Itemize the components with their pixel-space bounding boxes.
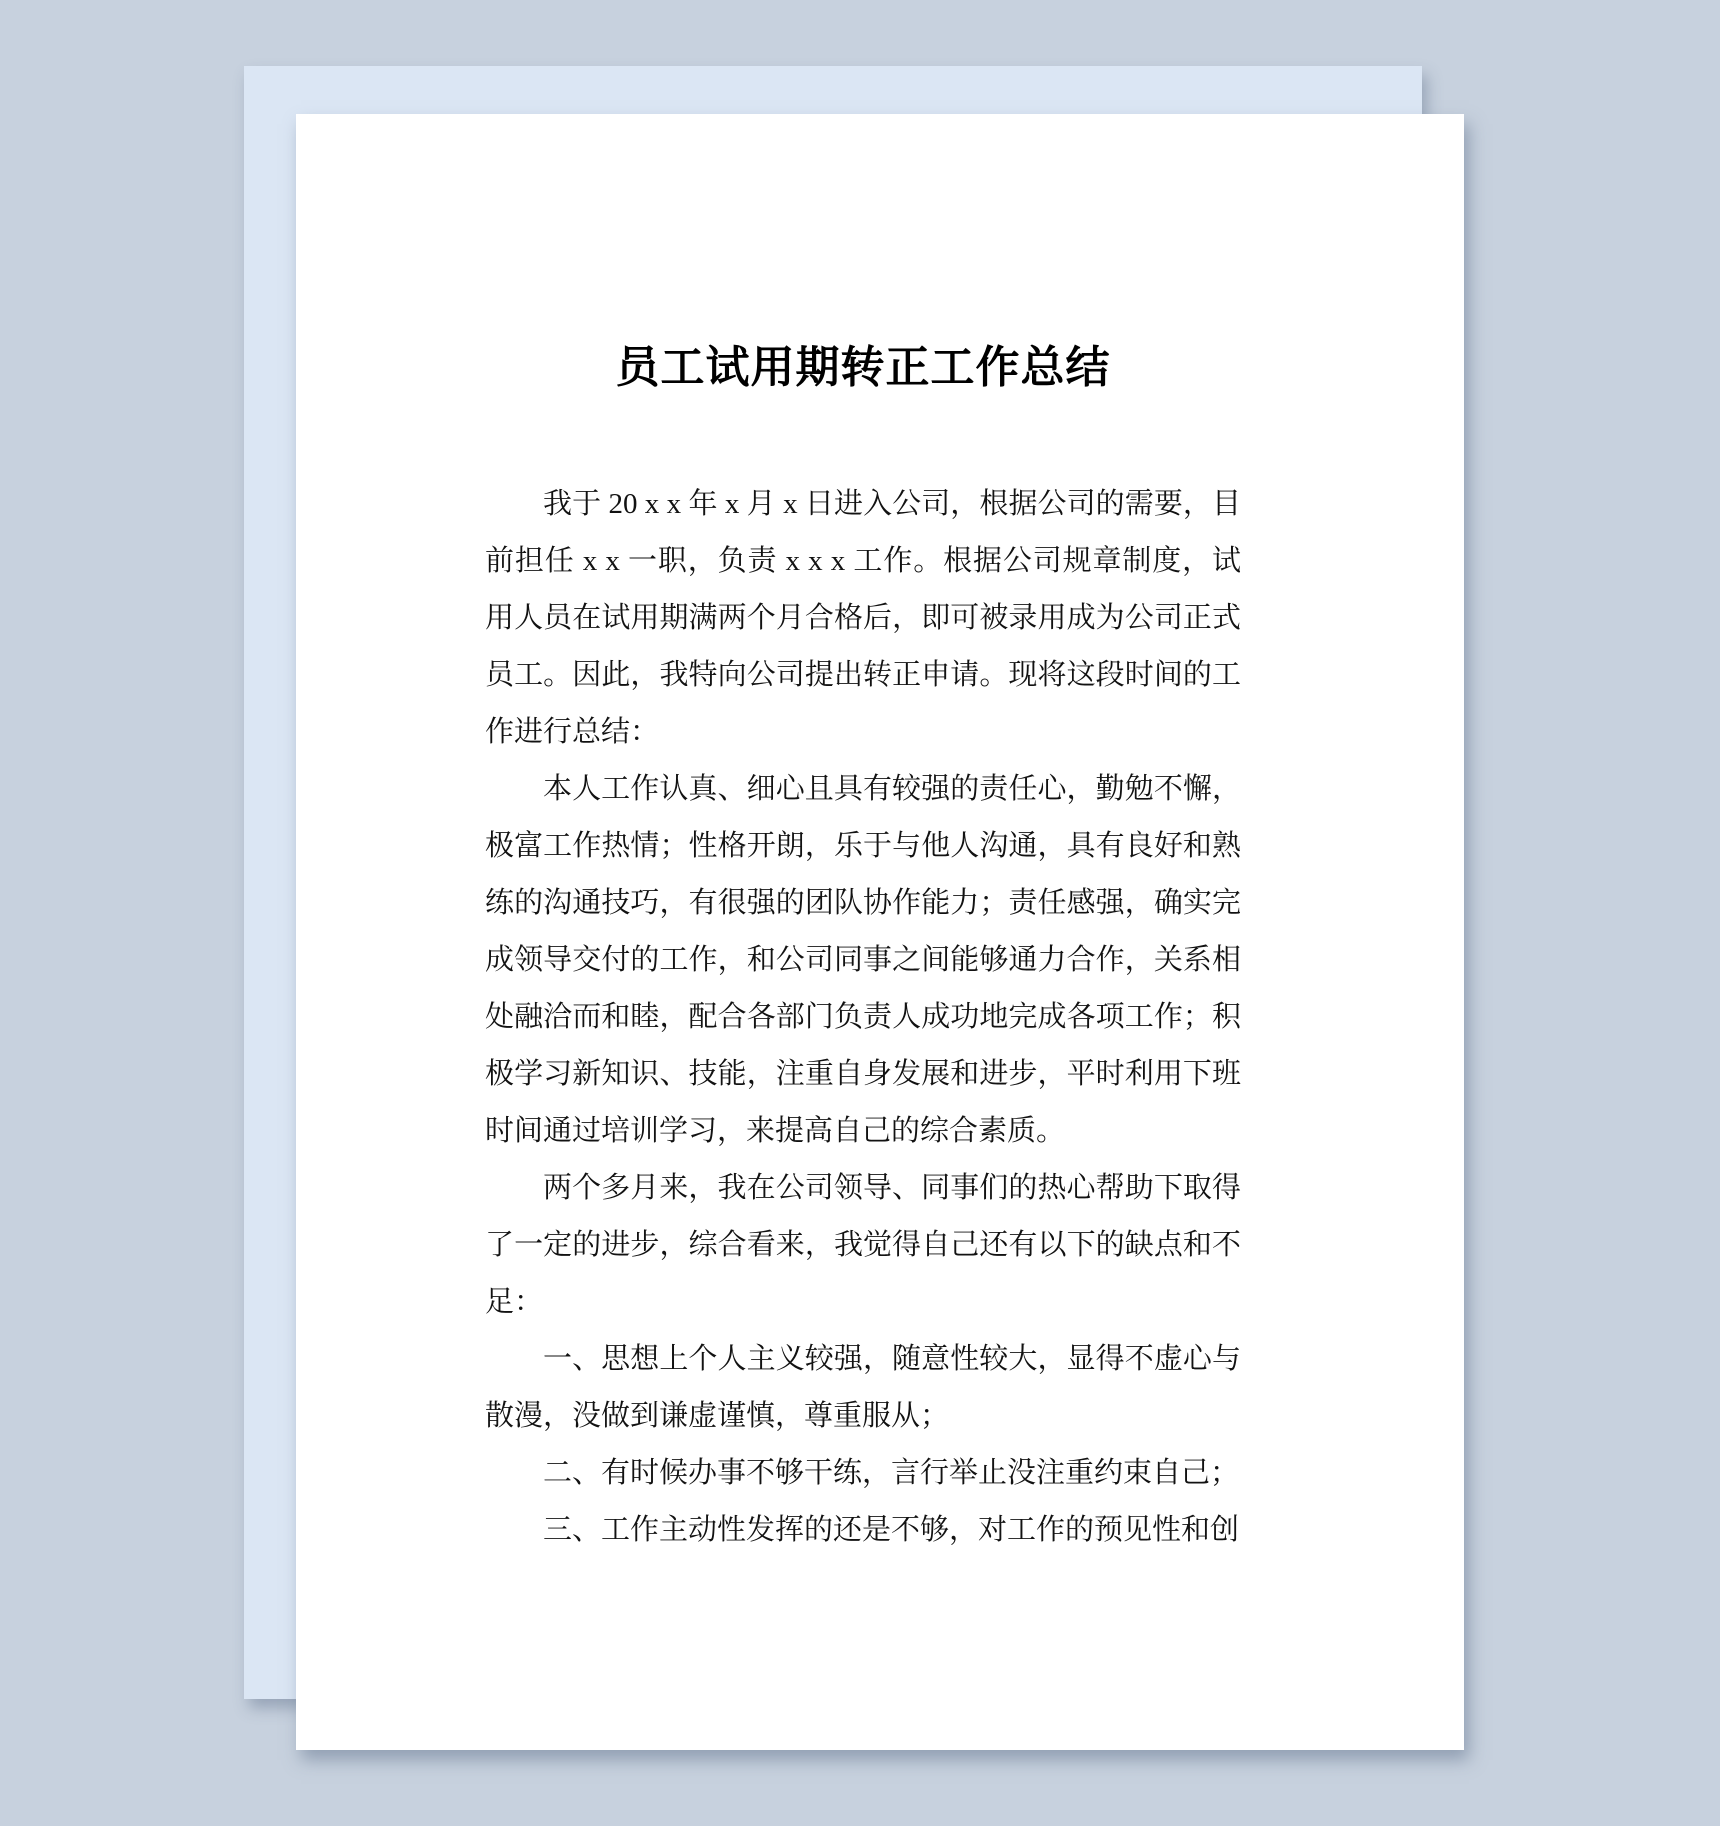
document-title: 员工试用期转正工作总结 (485, 342, 1241, 394)
paragraph: 本人工作认真、细心且具有较强的责任心，勤勉不懈，极富工作热情；性格开朗，乐于与他… (485, 761, 1241, 1160)
document-body: 我于 20 x x 年 x 月 x 日进入公司，根据公司的需要，目前担任 x x… (485, 476, 1241, 1559)
page-content: 员工试用期转正工作总结 我于 20 x x 年 x 月 x 日进入公司，根据公司… (485, 342, 1241, 1559)
document-page: 员工试用期转正工作总结 我于 20 x x 年 x 月 x 日进入公司，根据公司… (296, 114, 1464, 1750)
paragraph: 三、工作主动性发挥的还是不够，对工作的预见性和创 (485, 1502, 1241, 1559)
paragraph: 我于 20 x x 年 x 月 x 日进入公司，根据公司的需要，目前担任 x x… (485, 476, 1241, 761)
document-preview: 员工试用期转正工作总结 我于 20 x x 年 x 月 x 日进入公司，根据公司… (0, 0, 1720, 1826)
paragraph: 两个多月来，我在公司领导、同事们的热心帮助下取得了一定的进步，综合看来，我觉得自… (485, 1160, 1241, 1331)
paragraph: 一、思想上个人主义较强，随意性较大，显得不虚心与散漫，没做到谦虚谨慎，尊重服从； (485, 1331, 1241, 1445)
paragraph: 二、有时候办事不够干练，言行举止没注重约束自己； (485, 1445, 1241, 1502)
